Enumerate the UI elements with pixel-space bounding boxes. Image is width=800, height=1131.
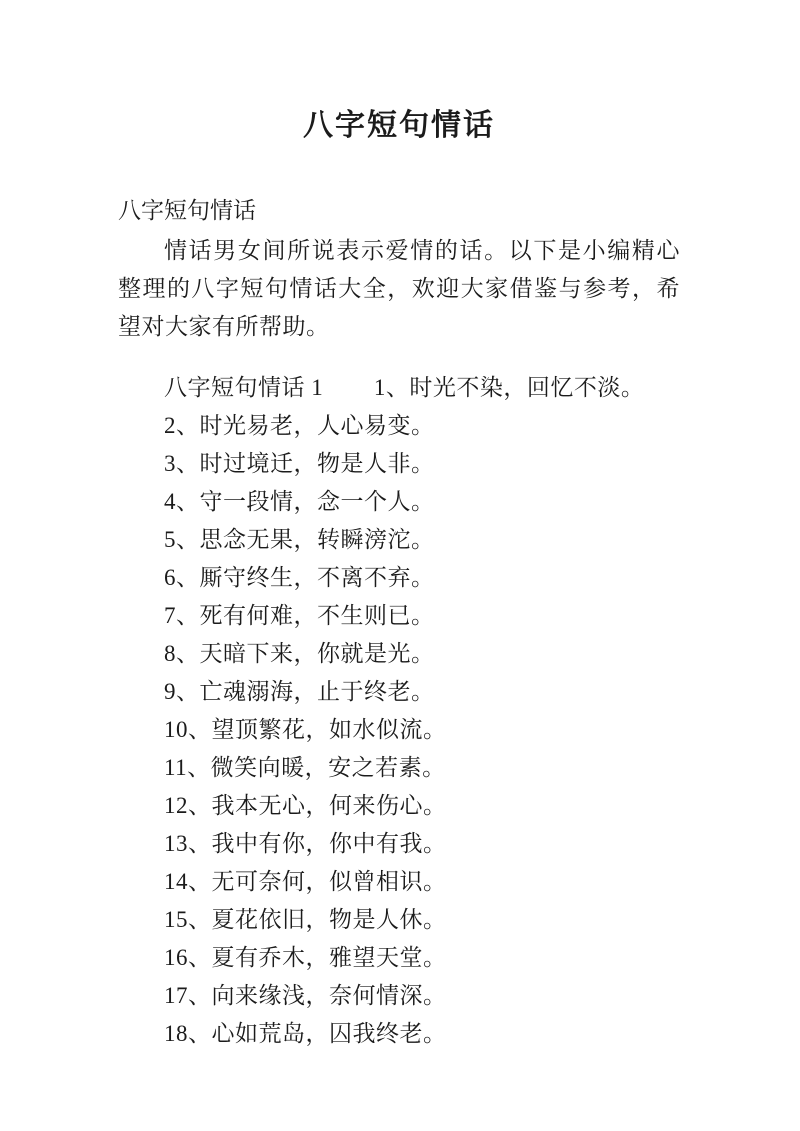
list-item: 13、我中有你，你中有我。 (118, 825, 680, 863)
section-heading-line: 八字短句情话 11、时光不染，回忆不淡。 (118, 369, 680, 407)
list-item: 6、厮守终生，不离不弃。 (118, 559, 680, 597)
list-item: 10、望顶繁花，如水似流。 (118, 711, 680, 749)
list-item: 1、时光不染，回忆不淡。 (374, 375, 645, 400)
list-item: 9、亡魂溺海，止于终老。 (118, 673, 680, 711)
list-item: 4、守一段情，念一个人。 (118, 483, 680, 521)
list-item: 7、死有何难，不生则已。 (118, 597, 680, 635)
list-item: 16、夏有乔木，雅望天堂。 (118, 939, 680, 977)
document-subtitle: 八字短句情话 (118, 192, 680, 230)
list-item: 15、夏花依旧，物是人休。 (118, 901, 680, 939)
list-item: 8、天暗下来，你就是光。 (118, 635, 680, 673)
list-item: 12、我本无心，何来伤心。 (118, 787, 680, 825)
list-item: 2、时光易老，人心易变。 (118, 407, 680, 445)
page-title: 八字短句情话 (118, 108, 680, 144)
section-label: 八字短句情话 1 (164, 375, 323, 400)
intro-paragraph: 情话男女间所说表示爱情的话。以下是小编精心整理的八字短句情话大全，欢迎大家借鉴与… (118, 232, 680, 346)
phrase-list: 八字短句情话 11、时光不染，回忆不淡。 2、时光易老，人心易变。3、时过境迁，… (118, 369, 680, 1053)
document-page: 八字短句情话 八字短句情话 情话男女间所说表示爱情的话。以下是小编精心整理的八字… (0, 0, 800, 1131)
list-item: 17、向来缘浅，奈何情深。 (118, 977, 680, 1015)
list-item: 11、微笑向暖，安之若素。 (118, 749, 680, 787)
list-item: 5、思念无果，转瞬滂沱。 (118, 521, 680, 559)
list-item: 18、心如荒岛，囚我终老。 (118, 1015, 680, 1053)
list-item: 14、无可奈何，似曾相识。 (118, 863, 680, 901)
list-item: 3、时过境迁，物是人非。 (118, 445, 680, 483)
